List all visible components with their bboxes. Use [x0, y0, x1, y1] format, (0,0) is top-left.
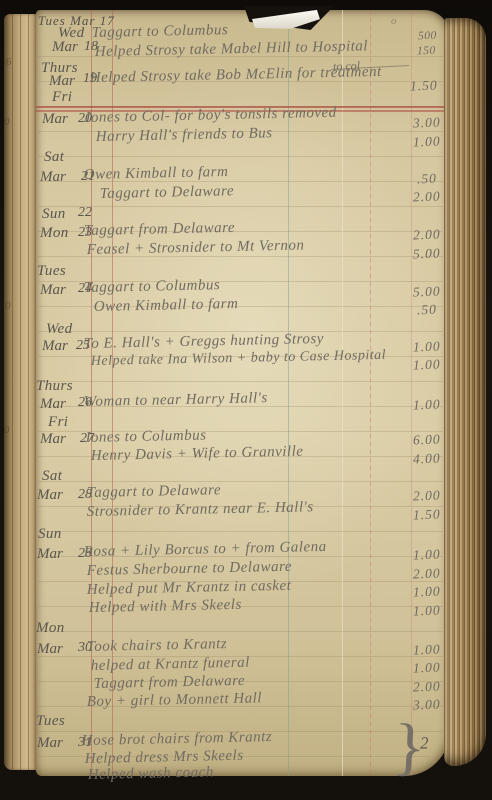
ledger-page: Tues Mar 17 o Wed Mar 18 Taggart to Colu… [36, 10, 450, 776]
entry-amount: 1.00 [413, 339, 441, 356]
entry-amount: 5.00 [413, 284, 441, 301]
entry-amount: 1.00 [413, 134, 441, 151]
edge-mark: 6 [6, 56, 12, 68]
entry-amount: 5.00 [413, 246, 441, 263]
entry-line: Owen Kimball to farm [84, 164, 229, 184]
entry-amount: 4.00 [413, 451, 441, 468]
date-month: Mar [49, 73, 75, 90]
entry-amount: 2.00 [413, 488, 441, 505]
entry-amount: 150 [417, 45, 436, 58]
day-label: Sun [42, 206, 66, 223]
entry-line: helped at Krantz funeral [91, 655, 250, 675]
entry-line: Taggart to Delaware [100, 183, 235, 203]
entry-line: Taggart to Columbus [84, 277, 221, 297]
entry-amount: 2.00 [413, 679, 441, 696]
entry-amount: 1.50 [413, 507, 441, 524]
column-rule-pink [370, 10, 371, 776]
date-month: Mar [37, 641, 63, 658]
day-label: Mon [40, 225, 69, 242]
day-label: Fri [48, 414, 68, 431]
day-label: Tues [36, 713, 65, 730]
day-label: Sun [38, 526, 62, 543]
entry-line: Helped with Mrs Skeels [89, 597, 242, 617]
entry-amount: 2.00 [413, 227, 441, 244]
entry-amount: 500 [418, 30, 437, 43]
date-number: 22 [78, 205, 92, 221]
date-month: Mar [37, 735, 63, 752]
entry-amount: 2.00 [413, 189, 441, 206]
entry-amount: 1.00 [413, 584, 441, 601]
date-month: Mar [42, 111, 68, 128]
column-rule-teal [288, 10, 289, 776]
fore-edge-page-stack [444, 18, 486, 766]
entry-amount: 1.00 [413, 642, 441, 659]
entry-amount: 1.00 [413, 547, 441, 564]
entry-line: Taggart from Delaware [94, 673, 246, 693]
entry-line: Taggart from Delaware [84, 220, 236, 240]
date-month: Mar [40, 431, 66, 448]
edge-mark: 0 [4, 116, 10, 128]
scanned-ledger-photo: 6 0 0 0 Tues Mar 17 o Wed Mar 18 Taggart… [0, 0, 492, 800]
day-label: Wed [46, 321, 72, 338]
entry-amount: 1.00 [413, 357, 441, 374]
entry-line: Owen Kimball to farm [94, 296, 239, 316]
date-month: Mar [40, 396, 66, 413]
entry-amount: 1.00 [413, 660, 441, 677]
entry-amount: 2.00 [413, 566, 441, 583]
entry-amount: .50 [417, 302, 437, 319]
entry-line: Helped wash coach [88, 764, 214, 784]
entry-amount: 3.00 [413, 115, 441, 132]
date-month: Mar [37, 546, 63, 563]
edge-mark: 0 [4, 424, 10, 436]
entry-amount: 1.50 [410, 78, 438, 95]
entry-amount: .50 [417, 171, 437, 188]
entry-line: Took chairs to Krantz [87, 636, 228, 656]
day-label: Fri [52, 89, 72, 106]
day-label: Thurs [36, 378, 73, 395]
entry-amount: 1.00 [413, 603, 441, 620]
date-month: Mar [42, 338, 68, 355]
date-month: Mar [40, 169, 66, 186]
day-label: Mon [36, 620, 65, 637]
entry-line: Jones to Columbus [84, 427, 207, 447]
page-edge-line [12, 14, 13, 770]
entry-amount: 1.00 [413, 397, 441, 414]
day-label: Tues [37, 263, 66, 280]
day-label: Sat [44, 149, 64, 166]
column-crease [342, 10, 343, 776]
entry-amount: 6.00 [413, 432, 441, 449]
date-month: Mar [52, 39, 78, 56]
date-month: Mar [37, 487, 63, 504]
entry-line: Taggart to Columbus [92, 22, 229, 42]
pencil-mark: o [391, 15, 397, 27]
page-edge-line [20, 14, 21, 770]
day-label: Sat [42, 468, 62, 485]
date-month: Mar [40, 282, 66, 299]
page-edge-line [28, 14, 29, 770]
entry-line: Taggart to Delaware [87, 482, 222, 502]
edge-mark: 0 [5, 300, 11, 312]
